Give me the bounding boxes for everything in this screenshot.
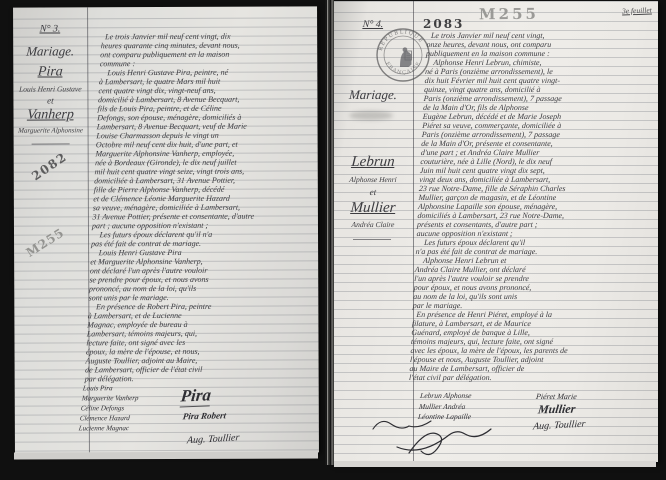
manuscript-line: de la Main d'Or, présente et consentante… [421, 139, 657, 148]
manuscript-line: En présence de Henri Piéret, employé à l… [412, 310, 648, 319]
mother-signature: Piéret Marie [536, 392, 578, 401]
manuscript-line: Les futurs époux déclarent qu'il [416, 238, 652, 247]
act-text-left: Le trois Janvier mil neuf cent vingt, di… [84, 31, 319, 383]
manuscript-line: Juin mil huit cent quatre vingt dix sept… [420, 166, 656, 175]
register-page-left: N° 3. Mariage. Pira Louis Henri Gustave … [13, 6, 319, 453]
manuscript-line: Andréa Claire Mullier, ont déclaré [414, 265, 650, 274]
manuscript-line: n'a pas été fait de contrat de mariage. [415, 247, 651, 256]
manuscript-line: né à Paris (onzième arrondissement), le [425, 67, 658, 76]
manuscript-line: d'une part ; et Andréa Claire Mullier [421, 148, 657, 157]
manuscript-line: au nom de la loi, qu'ils sont unis [413, 292, 649, 301]
manuscript-line: domiciliés à Lambersart, 23 rue Notre-Da… [417, 211, 653, 220]
manuscript-line: pour époux, et nous avons prononcé, [414, 283, 650, 292]
manuscript-line: dix huit Février mil huit cent quatre vi… [424, 76, 658, 85]
manuscript-line: Paris (onzième arrondissement), 7 passag… [422, 130, 658, 139]
marianne-figure-icon [400, 47, 412, 67]
manuscript-line: au Maire de Lambersart, officier de [409, 364, 645, 373]
bride-given-right: Andréa Claire [333, 220, 413, 229]
act-type-left: Mariage. [13, 43, 88, 59]
groom-given-left: Louis Henri Gustave [13, 84, 88, 93]
archive-stamp-m255-left: M255 [24, 225, 67, 259]
official-signature-left: Aug. Toullier [186, 432, 239, 446]
bride-surname-right: Mullier [333, 200, 414, 217]
groom-surname-right: Lebrun [333, 154, 414, 171]
manuscript-line: présents et consentants, d'autre part ; [417, 220, 653, 229]
family-signature: Mullier [537, 402, 576, 418]
manuscript-line: publiquement en la maison commune : [426, 49, 658, 58]
signature: Mullier Andréa [418, 402, 472, 413]
manuscript-line: l'état civil par délégation. [409, 373, 645, 382]
groom-given-right: Alphonse Henri [333, 175, 413, 184]
margin-flourish [353, 239, 391, 240]
manuscript-line: par le mariage. [413, 301, 649, 310]
groom-signature: Pira [180, 385, 212, 407]
act-type-right: Mariage. [333, 87, 414, 103]
manuscript-line: vingt deux ans, domiciliée à Lambersart, [419, 175, 655, 184]
act-text-right: Le trois Janvier mil neuf cent vingt,onz… [409, 31, 658, 382]
manuscript-line: Paris (onzième arrondissement), 7 passag… [423, 94, 658, 103]
manuscript-line: 23 rue Notre-Dame, fille de Séraphin Cha… [419, 184, 655, 193]
republique-francaise-seal: RÉPUBLIQUE FRANÇAISE [375, 27, 431, 83]
signature: Louis Pira [82, 383, 140, 393]
manuscript-line: couturière, née à Lille (Nord), le dix n… [420, 157, 656, 166]
manuscript-line: témoins majeurs, qui, lecture faite, ont… [411, 337, 647, 346]
register-photo: { "colors":{"background":"#101010","pape… [0, 0, 666, 480]
manuscript-line: Eugène Lebrun, décédé et de Marie Joseph [422, 112, 658, 121]
official-signature-right: Aug. Toullier [533, 419, 586, 433]
manuscript-line: Guénard, employé de banque à Lille, [411, 328, 647, 337]
manuscript-line: par délégation. [84, 373, 306, 383]
manuscript-line: Le trois Janvier mil neuf cent vingt, [427, 31, 658, 40]
conjunction-right: et [333, 187, 413, 197]
signature-column-left: Louis PiraMarguerite VanherpCéline Defon… [78, 383, 140, 433]
groom-surname-left: Pira [13, 64, 88, 80]
manuscript-line: quinze, vingt quatre ans, domicilié à [424, 85, 658, 94]
manuscript-line: Alphonse Henri Lebrun, chimiste, [425, 58, 658, 67]
manuscript-line: l'un après l'autre vouloir se prendre [414, 274, 650, 283]
signature: Céline Defongs [80, 403, 138, 413]
page-edge-left [14, 451, 318, 459]
sheet-note: 3e feuillet [622, 5, 652, 15]
margin-flourish [32, 143, 70, 144]
manuscript-line: Mullier, garçon de magasin, et de Léonti… [418, 193, 654, 202]
book-gutter [325, 0, 334, 465]
serial-stamp-2082: 2082 [29, 150, 69, 184]
manuscript-line: Alphonsine Lapaille son épouse, ménagère… [418, 202, 654, 211]
signature: Lucienne Magnac [78, 423, 136, 433]
manuscript-line: l'épouse et nous, Auguste Toullier, adjo… [410, 355, 646, 364]
manuscript-line: avec les époux, la mère de l'époux, les … [410, 346, 646, 355]
signature: Clémence Hazard [79, 413, 137, 423]
page-edge-right [334, 461, 656, 467]
manuscript-line: filature, à Lambersart, et de Maurice [412, 319, 648, 328]
manuscript-line: de la Main d'Or, fils de Alphonse [423, 103, 658, 112]
signature-flourish [369, 413, 509, 459]
signature: Marguerite Vanherp [81, 393, 139, 403]
witness-signature: Pira Robert [182, 410, 226, 421]
bride-surname-left: Vanherp [13, 107, 88, 123]
manuscript-line: onze heures, devant nous, ont comparu [426, 40, 658, 49]
archive-stamp-m255-top: M255 [479, 5, 539, 24]
manuscript-line: aucune opposition n'existant ; [416, 229, 652, 238]
pencil-smudge [349, 111, 393, 120]
manuscript-line: Alphonse Henri Lebrun et [415, 256, 651, 265]
register-page-right: M255 2083 3e feuillet N° 4. RÉPUBLIQUE F… [333, 1, 658, 462]
bride-given-left: Marguerite Alphonsine [13, 126, 88, 134]
signature: Lebrun Alphonse [420, 391, 474, 402]
manuscript-line: Piéret sa veuve, commerçante, domiciliée… [422, 121, 658, 130]
act-number-left: N° 3. [13, 23, 87, 34]
conjunction-left: et [13, 95, 88, 105]
